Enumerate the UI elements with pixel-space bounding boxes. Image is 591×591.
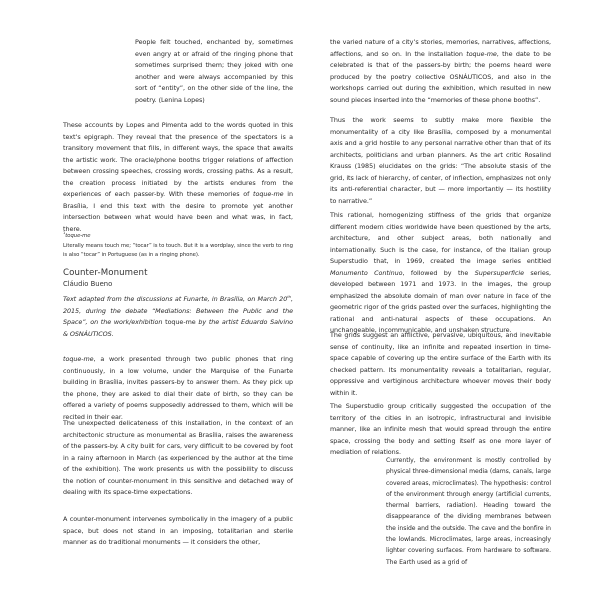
footnote-term: toque-me: [65, 233, 90, 239]
closing-paragraph: These accounts by Lopes and Pimenta add …: [63, 120, 293, 235]
work-title: toque-me: [253, 190, 284, 198]
work-title: toque-me: [165, 318, 196, 326]
article-title: Counter-Monument: [63, 268, 293, 279]
right-paragraph-2: Thus the work seems to subtly make more …: [330, 115, 551, 207]
right-paragraph-4: The grids suggest an afflictive, pervasi…: [330, 330, 551, 399]
work-title: toque-me: [63, 355, 94, 363]
block-quote: Currently, the environment is mostly con…: [386, 455, 551, 568]
document-page: People felt touched, enchanted by, somet…: [0, 0, 591, 591]
epigraph-text: People felt touched, enchanted by, somet…: [135, 37, 293, 106]
article-intro: Text adapted from the discussions at Fun…: [63, 294, 293, 340]
footnote-text: Literally means touch me; “tocar” is to …: [63, 242, 293, 261]
right-paragraph-3: This rational, homogenizing stiffness of…: [330, 210, 551, 337]
article-paragraph-2: The unexpected delicateness of this inst…: [63, 418, 293, 499]
article-header: Counter-Monument Cláudio Bueno: [63, 268, 293, 289]
work-title: toque-me: [466, 50, 497, 58]
article-paragraph-3: A counter-monument intervenes symbolical…: [63, 514, 293, 549]
article-paragraph-1: toque-me, a work presented through two p…: [63, 354, 293, 423]
article-author: Cláudio Bueno: [63, 279, 293, 289]
right-paragraph-5: The Superstudio group critically suggest…: [330, 401, 551, 459]
right-paragraph-1: the varied nature of a city’s stories, m…: [330, 37, 551, 106]
footnote: 1toque-me Literally means touch me; “toc…: [63, 232, 293, 261]
epigraph-quote: People felt touched, enchanted by, somet…: [135, 37, 293, 106]
